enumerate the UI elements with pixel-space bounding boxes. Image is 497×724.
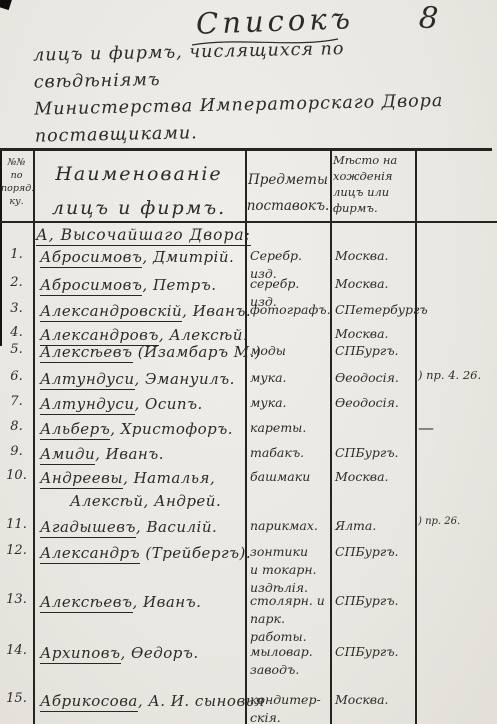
row-surname: Алексѣевъ — [40, 593, 133, 613]
row-margin-note: — — [418, 418, 496, 437]
row-items: кондитер- скія. — [250, 691, 329, 724]
row-items: фотографъ. — [250, 301, 329, 319]
row-name: Александръ (Трейбергъ). — [40, 542, 273, 565]
row-place: Москва. — [335, 275, 417, 293]
row-surname: Абросимовъ — [40, 248, 142, 268]
row-name-rest: , Василій. — [136, 518, 217, 536]
row-items: кареты. — [250, 419, 329, 437]
row-items: башмаки — [250, 468, 329, 486]
row-items: столярн. и парк. работы. — [250, 592, 329, 646]
row-surname: Александръ — [40, 544, 140, 564]
column-divider-1 — [33, 148, 35, 724]
row-name-rest: , Дмитрій. — [142, 248, 234, 266]
row-items: моды — [250, 342, 329, 360]
row-number: 7. — [3, 394, 30, 409]
row-surname: Алтундуси — [40, 395, 135, 415]
row-place: Москва. — [335, 691, 417, 709]
row-number: 1. — [3, 247, 30, 262]
row-items: мука. — [250, 394, 329, 412]
row-place: СПБургъ. — [335, 342, 417, 360]
header-place-column: Мѣсто на хожденія лицъ или фирмъ. — [333, 152, 415, 216]
row-place: Ѳеодосія. — [335, 369, 417, 387]
row-number: 8. — [3, 419, 30, 434]
row-place: Ялта. — [335, 517, 417, 535]
row-surname: Амиди — [40, 445, 95, 465]
row-items: мука. — [250, 369, 329, 387]
row-name: Алтундуси, Эмануилъ. — [40, 368, 273, 391]
row-name: Алексѣевъ, Иванъ. — [40, 591, 273, 614]
row-name: Андреевы, Наталья, Алексѣй, Андрей. — [40, 467, 273, 513]
row-name: Александровскій, Иванъ. — [40, 300, 273, 323]
row-name-rest: (Изамбаръ М.) — [133, 343, 262, 361]
row-place: Ѳеодосія. — [335, 394, 417, 412]
row-items: зонтики и токарн. издѣлія. — [250, 543, 329, 597]
column-divider-3 — [330, 148, 332, 724]
page-number: 8 — [418, 0, 439, 36]
row-name-rest: , Иванъ. — [95, 445, 164, 463]
document-title: Списокъ — [195, 1, 354, 40]
row-surname: Александровскій — [40, 302, 182, 322]
row-surname: Алексѣевъ — [40, 343, 133, 363]
row-number: 13. — [3, 592, 30, 607]
row-name-rest: , Эмануилъ. — [135, 370, 235, 388]
row-name-rest: , Петръ. — [142, 276, 216, 294]
row-name: Абрикосова, А. И. сыновья — [40, 690, 273, 713]
row-number: 3. — [3, 301, 30, 316]
header-number-column: №№ по поряд. ку. — [1, 156, 32, 208]
row-surname: Архиповъ — [40, 644, 121, 664]
row-surname: Андреевы — [40, 469, 123, 489]
row-items: парикмах. — [250, 517, 329, 535]
row-margin-note: ) пр. 4. 26. — [418, 368, 496, 382]
row-name: Абросимовъ, Петръ. — [40, 274, 273, 297]
scan-corner-artifact — [0, 0, 13, 10]
row-name-rest: , Иванъ. — [133, 593, 202, 611]
row-place: СПБургъ. — [335, 543, 417, 561]
row-number: 9. — [3, 444, 30, 459]
row-name: Амиди, Иванъ. — [40, 443, 273, 466]
row-number: 11. — [3, 517, 30, 532]
row-surname: Абрикосова — [40, 692, 138, 712]
row-name: Алтундуси, Осипъ. — [40, 393, 273, 416]
section-heading: А, Высочайшаго Двора: — [36, 226, 251, 246]
row-number: 12. — [3, 543, 30, 558]
row-name: Архиповъ, Ѳедоръ. — [40, 642, 273, 665]
header-name-column: Наименованіе лицъ и фирмъ. — [33, 157, 245, 225]
row-items: табакъ. — [250, 444, 329, 462]
row-number: 10. — [3, 468, 30, 483]
row-place: СПБургъ. — [335, 444, 417, 462]
header-items-column: Предметы поставокъ. — [246, 167, 330, 219]
row-name-rest: , А. И. сыновья — [138, 692, 265, 710]
row-number: 6. — [3, 369, 30, 384]
row-name: Альберъ, Христофоръ. — [40, 418, 273, 441]
scanned-document-page: 8 Списокъ лицъ и фирмъ, числящихся по св… — [0, 0, 497, 724]
row-place: Москва. — [335, 325, 417, 343]
row-surname: Альберъ — [40, 420, 110, 440]
row-items: мыловар. заводъ. — [250, 643, 329, 679]
row-place: СПетербургъ — [335, 301, 417, 319]
row-number: 5. — [3, 342, 30, 357]
row-margin-note: ) пр. 26. — [418, 516, 496, 527]
column-divider-4 — [415, 148, 417, 724]
row-name-rest: , Иванъ. — [182, 302, 251, 320]
document-subtitle: лицъ и фирмъ, числящихся по свѣдѣніямъ М… — [33, 33, 475, 150]
row-name: Алексѣевъ (Изамбаръ М.) — [40, 341, 273, 364]
row-place: Москва. — [335, 468, 417, 486]
row-name-rest: , Осипъ. — [135, 395, 203, 413]
row-name-rest: , Христофоръ. — [110, 420, 233, 438]
row-number: 14. — [3, 643, 30, 658]
row-number: 15. — [3, 691, 30, 706]
row-number: 4. — [3, 325, 30, 340]
row-name-rest: , Ѳедоръ. — [121, 644, 199, 662]
row-surname: Абросимовъ — [40, 276, 142, 296]
row-place: СПБургъ. — [335, 643, 417, 661]
row-place: СПБургъ. — [335, 592, 417, 610]
row-number: 2. — [3, 275, 30, 290]
row-surname: Агадышевъ — [40, 518, 136, 538]
row-surname: Алтундуси — [40, 370, 135, 390]
row-place: Москва. — [335, 247, 417, 265]
row-name: Абросимовъ, Дмитрій. — [40, 246, 273, 269]
row-name-rest: (Трейбергъ). — [140, 544, 251, 562]
row-name: Агадышевъ, Василій. — [40, 516, 273, 539]
